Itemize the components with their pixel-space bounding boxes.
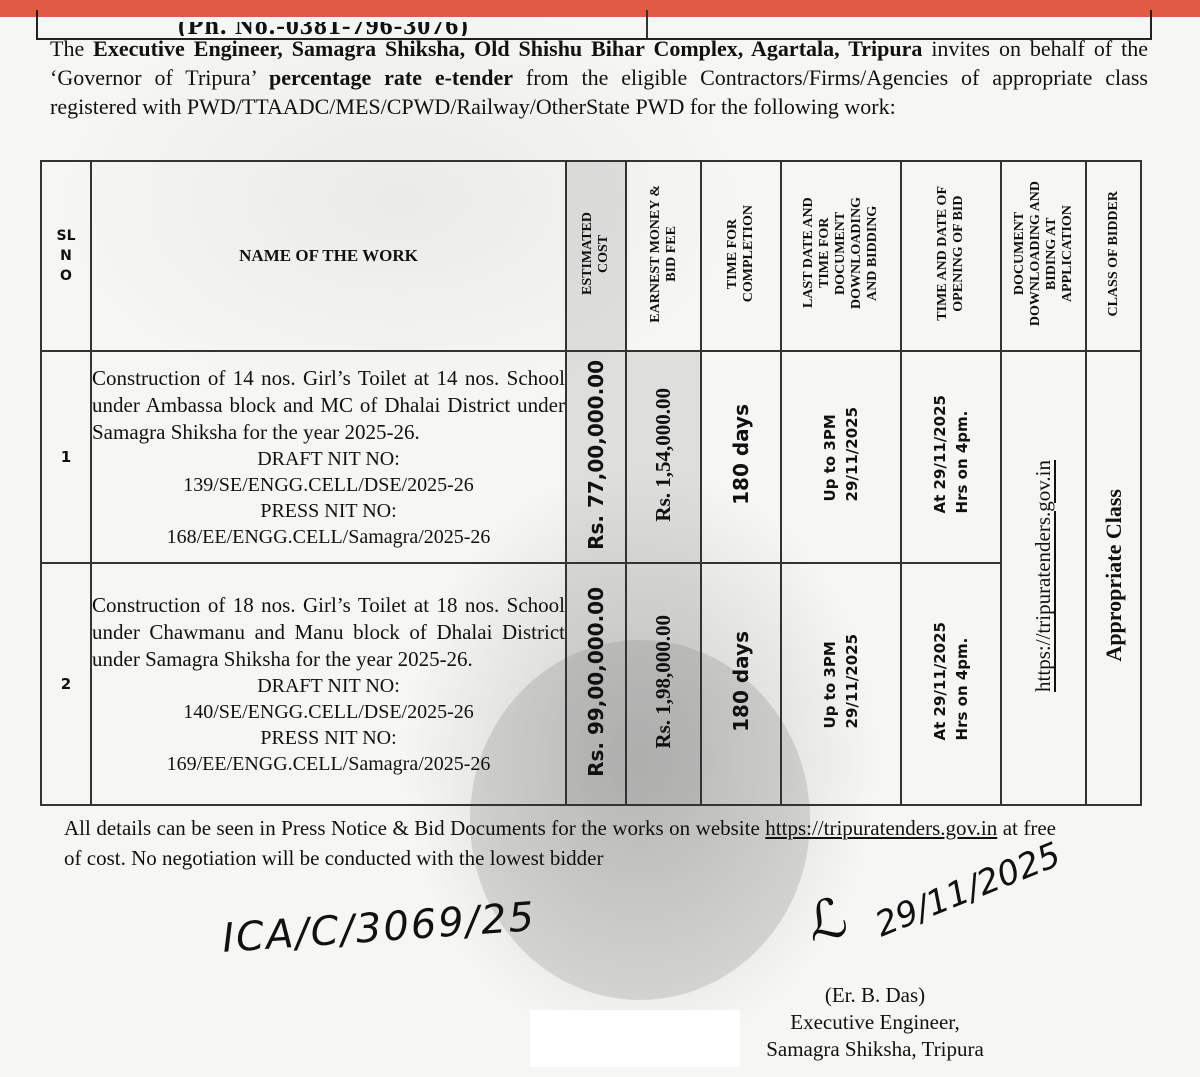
- class-bidder-cell: Appropriate Class: [1086, 351, 1141, 805]
- phone-number: (Ph. No.-0381-796-3076): [178, 16, 469, 36]
- signatory-designation: Executive Engineer,: [740, 1009, 1010, 1036]
- press-nit-number: 168/EE/ENGG.CELL/Samagra/2025-26: [92, 524, 565, 550]
- row-time-completion: 180 days: [701, 563, 781, 805]
- col-header-name-of-work: NAME OF THE WORK: [91, 161, 566, 351]
- row-work-description: Construction of 14 nos. Girl’s Toilet at…: [91, 351, 566, 563]
- row-opening: At 29/11/2025 Hrs on 4pm.: [901, 563, 1001, 805]
- press-nit-number: 169/EE/ENGG.CELL/Samagra/2025-26: [92, 751, 565, 777]
- col-header-earnest-money: EARNEST MONEY & BID FEE: [626, 161, 701, 351]
- row-last-date: Up to 3PM 29/11/2025: [781, 563, 901, 805]
- tender-type: percentage rate e-tender: [269, 65, 513, 90]
- tender-portal-link[interactable]: https://tripuratenders.gov.in: [1031, 460, 1056, 692]
- redaction-box: [530, 1010, 740, 1067]
- col-header-sl-no: SL N O: [41, 161, 91, 351]
- table-row: 2 Construction of 18 nos. Girl’s Toilet …: [41, 563, 1141, 805]
- row-work-description: Construction of 18 nos. Girl’s Toilet at…: [91, 563, 566, 805]
- row-estimated-cost: Rs. 99,00,000.00: [566, 563, 626, 805]
- row-earnest-money: Rs. 1,54,000.00: [626, 351, 701, 563]
- footer-note: All details can be seen in Press Notice …: [64, 813, 1056, 873]
- draft-nit-number: 140/SE/ENGG.CELL/DSE/2025-26: [92, 699, 565, 725]
- row-earnest-money: Rs. 1,98,000.00: [626, 563, 701, 805]
- row-last-date: Up to 3PM 29/11/2025: [781, 351, 901, 563]
- signature-block: (Er. B. Das) Executive Engineer, Samagra…: [740, 982, 1010, 1063]
- tender-table: SL N O NAME OF THE WORK ESTIMATED COST E…: [40, 160, 1142, 806]
- signatory-name: (Er. B. Das): [740, 982, 1010, 1009]
- col-header-time-completion: TIME FOR COMPLETION: [701, 161, 781, 351]
- col-header-last-date: LAST DATE AND TIME FOR DOCUMENT DOWNLOAD…: [781, 161, 901, 351]
- row-sl-no: 1: [41, 351, 91, 563]
- col-header-class-bidder: CLASS OF BIDDER: [1086, 161, 1141, 351]
- col-header-estimated-cost: ESTIMATED COST: [566, 161, 626, 351]
- row-estimated-cost: Rs. 77,00,000.00: [566, 351, 626, 563]
- table-header-row: SL N O NAME OF THE WORK ESTIMATED COST E…: [41, 161, 1141, 351]
- footer-portal-link[interactable]: https://tripuratenders.gov.in: [765, 816, 997, 840]
- table-row: 1 Construction of 14 nos. Girl’s Toilet …: [41, 351, 1141, 563]
- row-opening: At 29/11/2025 Hrs on 4pm.: [901, 351, 1001, 563]
- issuer: Executive Engineer, Samagra Shiksha, Old…: [93, 36, 922, 61]
- col-header-doc-download: DOCUMENT DOWNLOADING AND BIDING AT APPLI…: [1001, 161, 1086, 351]
- col-header-opening: TIME AND DATE OF OPENING OF BID: [901, 161, 1001, 351]
- signatory-office: Samagra Shiksha, Tripura: [740, 1036, 1010, 1063]
- draft-nit-number: 139/SE/ENGG.CELL/DSE/2025-26: [92, 472, 565, 498]
- row-sl-no: 2: [41, 563, 91, 805]
- row-time-completion: 180 days: [701, 351, 781, 563]
- doc-download-cell: https://tripuratenders.gov.in: [1001, 351, 1086, 805]
- intro-paragraph: The Executive Engineer, Samagra Shiksha,…: [50, 34, 1148, 121]
